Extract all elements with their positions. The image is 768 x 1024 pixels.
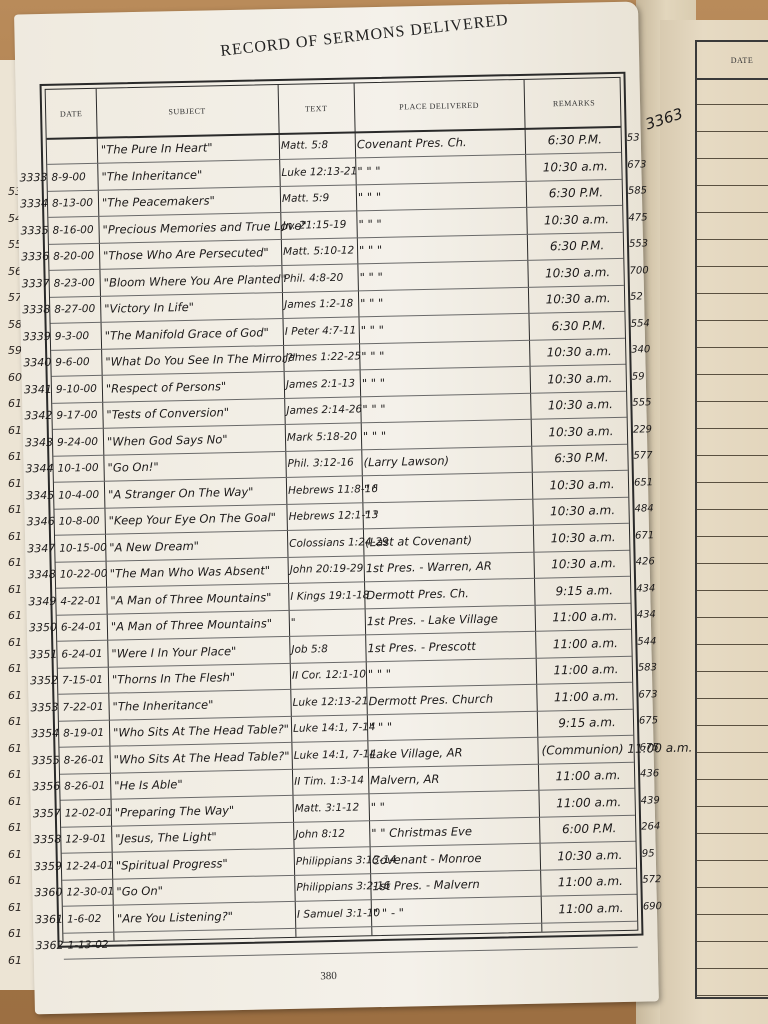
entry-number: 3343 — [23, 429, 54, 456]
ruled-line — [697, 806, 768, 807]
ruled-line — [697, 212, 768, 213]
previous-page-entry-number: 61 — [0, 954, 22, 967]
entry-date: 8-26-01 — [64, 773, 111, 800]
entry-number: 3352 — [28, 668, 59, 695]
previous-page-entry-number: 61 — [0, 556, 22, 569]
entry-scripture-text: " — [291, 608, 364, 636]
entry-scripture-text: Luke 12:13-21 — [281, 158, 354, 186]
entry-attendance: 439 — [640, 787, 671, 814]
entry-attendance: 690 — [643, 893, 674, 920]
entry-number: 3353 — [28, 694, 59, 721]
ruled-line — [697, 995, 768, 996]
entry-attendance: 436 — [640, 761, 671, 788]
entry-remarks: 10:30 a.m. — [534, 391, 627, 419]
entry-number: 3347 — [25, 535, 56, 562]
entry-attendance: 583 — [638, 655, 669, 682]
entry-attendance: 554 — [630, 311, 661, 338]
entry-number: 3350 — [27, 615, 58, 642]
ruled-line — [697, 185, 768, 186]
previous-page-entry-number: 61 — [0, 874, 22, 887]
right-page-ledger: DATE — [695, 40, 768, 999]
sermon-ledger-table: DATE SUBJECT TEXT PLACE DELIVERED REMARK… — [40, 72, 644, 948]
entry-number: 3354 — [29, 721, 60, 748]
entry-remarks: 6:30 P.M. — [535, 444, 628, 472]
entry-scripture-text: Luke 14:1, 7-14 — [293, 741, 366, 769]
header-date: DATE — [46, 89, 97, 138]
ruled-line — [697, 293, 768, 294]
entry-scripture-text: Hebrews 11:8-16 — [288, 476, 361, 504]
entry-number: 3335 — [18, 217, 49, 244]
entry-scripture-text: I Peter 4:7-11 — [284, 317, 357, 345]
ruled-line — [697, 158, 768, 159]
entry-subject: "What Do You See In The Mirror?" — [105, 345, 284, 375]
entry-place-delivered: Malvern, AR — [370, 764, 537, 793]
entry-scripture-text: Matt. 3:1-12 — [294, 794, 367, 822]
previous-page-entry-number: 61 — [0, 636, 22, 649]
ruled-line — [697, 698, 768, 699]
entry-date: 10-1-00 — [57, 455, 104, 482]
entry-subject: "A Man of Three Mountains" — [110, 583, 289, 613]
previous-page-entry-number: 61 — [0, 848, 22, 861]
entry-attendance: 673 — [638, 681, 669, 708]
entry-place-delivered: " " " — [368, 658, 535, 687]
entry-number: 3348 — [26, 562, 57, 589]
entry-subject: "A New Dream" — [109, 530, 288, 560]
ruled-line — [697, 725, 768, 726]
entry-remarks — [545, 921, 638, 949]
entry-attendance: 555 — [632, 390, 663, 417]
entry-scripture-text: John 8:12 — [295, 820, 368, 848]
entry-scripture-text: Matt. 5:8 — [281, 131, 354, 159]
entry-number: 3334 — [18, 191, 49, 218]
entry-place-delivered: " " " — [357, 154, 524, 183]
entry-remarks: 11:00 a.m. — [540, 682, 633, 710]
entry-attendance: 544 — [637, 628, 668, 655]
ruled-line — [697, 914, 768, 915]
entry-date: 9-3-00 — [55, 322, 102, 349]
previous-page-entry-number: 61 — [0, 424, 22, 437]
entry-remarks: 10:30 a.m. — [537, 523, 630, 551]
entry-place-delivered: (Last at Covenant) — [365, 525, 532, 554]
entry-date: 7-15-01 — [62, 667, 109, 694]
entry-subject: "The Pure In Heart" — [101, 133, 280, 163]
ruled-line — [697, 833, 768, 834]
entry-scripture-text: Mark 5:18-20 — [287, 423, 360, 451]
entry-place-delivered: Dermott Pres. Ch. — [366, 578, 533, 607]
entry-subject: "Precious Memories and True Love" — [102, 213, 281, 243]
entry-attendance: 434 — [637, 602, 668, 629]
entry-attendance: 475 — [628, 205, 659, 232]
entry-subject: "Who Sits At The Head Table?" — [113, 716, 292, 746]
entry-remarks: 10:30 a.m. — [530, 205, 623, 233]
entry-attendance: 264 — [641, 814, 672, 841]
entry-remarks: 6:30 P.M. — [530, 179, 623, 207]
entry-date: 8-19-01 — [63, 720, 110, 747]
entry-place-delivered: " " " — [358, 207, 525, 236]
ruled-line — [697, 455, 768, 456]
entry-date: 9-24-00 — [57, 428, 104, 455]
previous-page-entry-number: 57 — [0, 291, 22, 304]
entry-remarks: 9:15 a.m. — [541, 709, 634, 737]
header-text: TEXT — [278, 83, 355, 133]
entry-scripture-text: James 2:1-13 — [286, 370, 359, 398]
entry-remarks: 9:15 a.m. — [538, 576, 631, 604]
ruled-line — [697, 428, 768, 429]
entry-place-delivered: 1st Pres. - Lake Village — [367, 605, 534, 634]
entry-place-delivered — [373, 923, 540, 952]
entry-place-delivered: Dermott Pres. Church — [368, 684, 535, 713]
entry-scripture-text: Job 5:8 — [291, 635, 364, 663]
ruled-line — [697, 887, 768, 888]
entry-number: 3338 — [20, 297, 51, 324]
entry-scripture-text: II Cor. 12:1-10 — [292, 661, 365, 689]
previous-page-entry-number: 61 — [0, 742, 22, 755]
ruled-line — [697, 644, 768, 645]
previous-page-entry-number: 61 — [0, 689, 22, 702]
entry-place-delivered: " " — [370, 790, 537, 819]
entry-place-delivered: Covenant - Monroe — [372, 843, 539, 872]
previous-page-entry-number: 61 — [0, 450, 22, 463]
ledger-page: RECORD OF SERMONS DELIVERED DATE SUBJECT… — [14, 1, 659, 1014]
entry-date: 12-30-01 — [66, 879, 113, 906]
entry-place-delivered: " " " — [358, 181, 525, 210]
entry-date: 1-6-02 — [67, 905, 114, 932]
page-title: RECORD OF SERMONS DELIVERED — [145, 3, 584, 68]
entry-remarks: 11:00 a.m. — [542, 762, 635, 790]
entry-number: 3358 — [31, 827, 62, 854]
entry-scripture-text: John 20:19-29 — [289, 555, 362, 583]
entry-scripture-text: Colossians 1:24-29 — [289, 529, 362, 557]
entry-place-delivered: " " " — [363, 419, 530, 448]
entry-date: 1-13-02 — [67, 932, 114, 959]
entry-remarks: 11:00 a.m. — [545, 894, 638, 922]
previous-page-entry-number: 61 — [0, 583, 22, 596]
entry-scripture-text: James 1:2-18 — [284, 290, 357, 318]
entry-date: 10-4-00 — [58, 481, 105, 508]
entry-remarks: 6:00 P.M. — [543, 815, 636, 843]
entry-subject: "Go On" — [116, 875, 295, 905]
entry-remarks: 10:30 a.m. — [536, 497, 629, 525]
entry-subject: "Those Who Are Persecuted" — [103, 239, 282, 269]
entry-number: 3340 — [21, 350, 52, 377]
entry-remarks: 6:30 P.M. — [532, 311, 625, 339]
previous-page-entry-number: 61 — [0, 901, 22, 914]
entry-subject: "The Inheritance" — [101, 160, 280, 190]
entry-scripture-text: Luke 12:13-21 — [292, 688, 365, 716]
entry-date: 8-27-00 — [54, 296, 101, 323]
entry-date: 8-26-01 — [63, 746, 110, 773]
entry-remarks: 11:00 a.m. — [542, 788, 635, 816]
entry-number: 3339 — [21, 323, 52, 350]
entry-date: 12-9-01 — [65, 826, 112, 853]
entry-place-delivered: " " " — [360, 313, 527, 342]
previous-page-entry-number: 61 — [0, 795, 22, 808]
entry-number: 3336 — [19, 244, 50, 271]
ruled-line — [697, 941, 768, 942]
page-number: 380 — [320, 970, 337, 982]
entry-scripture-text: Phil. 3:12-16 — [287, 449, 360, 477]
entry-number: 3333 — [17, 164, 48, 191]
entry-remarks: 6:30 P.M. — [529, 126, 622, 154]
entry-remarks: 10:30 a.m. — [535, 417, 628, 445]
entry-subject: "Spiritual Progress" — [116, 848, 295, 878]
entry-place-delivered: 1st Pres. - Warren, AR — [365, 552, 532, 581]
ruled-line — [697, 239, 768, 240]
entry-remarks: 11:00 a.m. — [544, 868, 637, 896]
entry-subject: "The Inheritance" — [112, 689, 291, 719]
entry-attendance: 52 — [630, 284, 661, 311]
entry-date: 9-10-00 — [56, 375, 103, 402]
previous-page-entry-number: 58 — [0, 318, 22, 331]
previous-page-entry-number: 61 — [0, 397, 22, 410]
entry-remarks: 10:30 a.m. — [537, 550, 630, 578]
ruled-line — [697, 563, 768, 564]
entry-remarks: 10:30 a.m. — [532, 285, 625, 313]
entry-date: 6-24-01 — [61, 640, 108, 667]
entry-number: 3361 — [33, 906, 64, 933]
entry-number: 3346 — [24, 509, 55, 536]
entry-place-delivered: 1st Pres. - Malvern — [372, 870, 539, 899]
entry-place-delivered: " " Christmas Eve — [371, 817, 538, 846]
entry-date: 12-02-01 — [65, 799, 112, 826]
entry-attendance: 553 — [629, 231, 660, 258]
previous-page-entry-number: 59 — [0, 344, 22, 357]
previous-page-entry-number: 60 — [0, 371, 22, 384]
entry-place-delivered: " " " — [360, 287, 527, 316]
entry-subject: "He Is Able" — [114, 769, 293, 799]
entry-subject: "The Peacemakers" — [102, 186, 281, 216]
ruled-line — [697, 509, 768, 510]
ruled-line — [697, 104, 768, 105]
entry-scripture-text: James 1:22-25 — [285, 343, 358, 371]
entry-place-delivered: 1st Pres. - Prescott — [367, 631, 534, 660]
entry-subject: "Go On!" — [107, 451, 286, 481]
entry-subject: "A Stranger On The Way" — [108, 477, 287, 507]
entry-remarks: 10:30 a.m. — [529, 152, 622, 180]
entry-scripture-text: I Kings 19:1-18 — [290, 582, 363, 610]
entry-subject: "Preparing The Way" — [115, 795, 294, 825]
entry-attendance: 651 — [634, 470, 665, 497]
entry-scripture-text: Philippians 3:2-16 — [296, 873, 369, 901]
entry-attendance: 700 — [629, 258, 660, 285]
entry-number — [17, 138, 48, 165]
entry-number: 3342 — [22, 403, 53, 430]
entry-number: 3344 — [23, 456, 54, 483]
ruled-line — [697, 779, 768, 780]
entry-place-delivered: Covenant Pres. Ch. — [357, 128, 524, 157]
entry-place-delivered: Lake Village, AR — [369, 737, 536, 766]
entry-date: 10-8-00 — [58, 508, 105, 535]
previous-page-entry-number: 61 — [0, 503, 22, 516]
entry-scripture-text: II Tim. 1:3-14 — [294, 767, 367, 795]
entry-subject: "Keep Your Eye On The Goal" — [108, 504, 287, 534]
previous-page-entry-number: 61 — [0, 609, 22, 622]
entry-subject: "The Manifold Grace of God" — [105, 318, 284, 348]
entry-attendance: 673 — [627, 152, 658, 179]
previous-page-entry-number: 61 — [0, 821, 22, 834]
entry-number: 3357 — [31, 800, 62, 827]
entry-number: 3359 — [32, 853, 63, 880]
ruled-line — [697, 617, 768, 618]
entry-subject: "Bloom Where You Are Planted" — [103, 265, 282, 295]
entry-attendance: 59 — [632, 364, 663, 391]
entry-number: 3349 — [26, 588, 57, 615]
entry-attendance: 229 — [633, 417, 664, 444]
entry-subject — [117, 928, 296, 958]
entry-remarks: 11:00 a.m. — [539, 629, 632, 657]
entry-number: 3345 — [24, 482, 55, 509]
entry-date: 10-15-00 — [59, 534, 106, 561]
right-page-date-header: DATE — [697, 42, 768, 80]
header-remarks: REMARKS — [524, 78, 625, 128]
ruled-line — [697, 374, 768, 375]
entry-place-delivered: " " " — [362, 366, 529, 395]
entry-subject: "Who Sits At The Head Table?" — [113, 742, 292, 772]
entry-scripture-text: Matt. 5:9 — [282, 184, 355, 212]
entry-place-delivered: " " " — [359, 260, 526, 289]
entry-remarks: 10:30 a.m. — [533, 338, 626, 366]
ruled-line — [697, 968, 768, 969]
entry-attendance: 572 — [642, 867, 673, 894]
entry-remarks: 10:30 a.m. — [534, 364, 627, 392]
entry-subject: "Thorns In The Flesh" — [112, 663, 291, 693]
ruled-line — [697, 347, 768, 348]
header-subject: SUBJECT — [96, 85, 279, 137]
ruled-line — [697, 320, 768, 321]
entry-attendance: 426 — [635, 549, 666, 576]
entry-remarks: 10:30 a.m. — [536, 470, 629, 498]
entry-number: 3337 — [19, 270, 50, 297]
previous-page-entry-number: 61 — [0, 662, 22, 675]
entry-number: 3341 — [22, 376, 53, 403]
entry-attendance — [643, 920, 674, 947]
entry-number: 3355 — [29, 747, 60, 774]
entry-attendance: 675 — [639, 734, 670, 761]
entry-date: 8-13-00 — [52, 190, 99, 217]
ruled-line — [697, 536, 768, 537]
entry-remarks: 11:00 a.m. — [540, 656, 633, 684]
entry-number: 3351 — [27, 641, 58, 668]
entry-subject: "Were I In Your Place" — [111, 636, 290, 666]
entry-remarks: 10:30 a.m. — [531, 258, 624, 286]
entry-date: 8-16-00 — [52, 216, 99, 243]
entry-subject: "A Man of Three Mountains" — [111, 610, 290, 640]
entry-remarks: 11:00 a.m. — [539, 603, 632, 631]
entry-date: 9-6-00 — [55, 349, 102, 376]
entry-attendance: 671 — [635, 523, 666, 550]
entry-place-delivered: " " " — [369, 711, 536, 740]
entry-subject: "The Man Who Was Absent" — [110, 557, 289, 587]
entry-subject: "Respect of Persons" — [106, 371, 285, 401]
entry-number: 3360 — [32, 880, 63, 907]
entry-number: 3356 — [30, 774, 61, 801]
entry-scripture-text: Matt. 5:10-12 — [283, 237, 356, 265]
entry-scripture-text: Jn. 21:15-19 — [282, 211, 355, 239]
previous-page-entry-number: 61 — [0, 715, 22, 728]
previous-page-entry-number: 61 — [0, 477, 22, 490]
entry-date — [51, 137, 98, 164]
entry-remarks: 10:30 a.m. — [544, 841, 637, 869]
entry-date: 9-17-00 — [56, 402, 103, 429]
entry-date: 12-24-01 — [66, 852, 113, 879]
entry-attendance: 577 — [633, 443, 664, 470]
entry-place-delivered: " " — [364, 472, 531, 501]
previous-page-entry-number: 61 — [0, 927, 22, 940]
entry-scripture-text: Philippians 3:13-14 — [296, 847, 369, 875]
entry-scripture-text — [297, 926, 370, 954]
entry-date: 4-22-01 — [60, 587, 107, 614]
entry-remarks: (Communion) 11:00 a.m. — [541, 735, 634, 763]
entry-attendance: 434 — [636, 576, 667, 603]
entry-date: 8-20-00 — [53, 243, 100, 270]
ruled-line — [697, 671, 768, 672]
entry-date: 8-9-00 — [51, 163, 98, 190]
entry-scripture-text: I Samuel 3:1-10 — [297, 900, 370, 928]
ruled-line — [697, 590, 768, 591]
entry-scripture-text: Hebrews 12:1-13 — [288, 502, 361, 530]
entry-subject: "Tests of Conversion" — [106, 398, 285, 428]
entry-attendance: 675 — [639, 708, 670, 735]
entry-place-delivered: (Larry Lawson) — [363, 446, 530, 475]
entry-place-delivered: " " - " — [373, 896, 540, 925]
entry-place-delivered: " " " — [359, 234, 526, 263]
ruled-line — [697, 752, 768, 753]
entry-place-delivered: " " — [364, 499, 531, 528]
entry-scripture-text: James 2:14-26 — [286, 396, 359, 424]
entry-date: 7-22-01 — [62, 693, 109, 720]
entry-attendance: 53 — [627, 125, 658, 152]
entry-attendance: 585 — [628, 178, 659, 205]
ruled-line — [697, 131, 768, 132]
ruled-line — [697, 482, 768, 483]
previous-page-entry-number: 61 — [0, 768, 22, 781]
entry-place-delivered: " " " — [362, 393, 529, 422]
entry-date: 8-23-00 — [53, 269, 100, 296]
entry-subject: "When God Says No" — [107, 424, 286, 454]
entry-remarks: 6:30 P.M. — [531, 232, 624, 260]
entry-scripture-text: Phil. 4:8-20 — [283, 264, 356, 292]
entry-attendance: 484 — [634, 496, 665, 523]
entry-subject: "Jesus, The Light" — [115, 822, 294, 852]
previous-page-entry-number: 61 — [0, 530, 22, 543]
entry-attendance: 95 — [642, 840, 673, 867]
header-place-delivered: PLACE DELIVERED — [354, 80, 525, 132]
ruled-line — [697, 401, 768, 402]
entry-date: 10-22-00 — [60, 561, 107, 588]
ruled-line — [697, 860, 768, 861]
ruled-line — [697, 266, 768, 267]
entry-scripture-text: Luke 14:1, 7-14 — [293, 714, 366, 742]
entry-attendance: 340 — [631, 337, 662, 364]
entry-place-delivered: " " " — [361, 340, 528, 369]
entry-number: 3362 — [33, 933, 64, 960]
entry-subject: "Victory In Life" — [104, 292, 283, 322]
entry-subject: "Are You Listening?" — [117, 901, 296, 931]
entry-date: 6-24-01 — [61, 614, 108, 641]
